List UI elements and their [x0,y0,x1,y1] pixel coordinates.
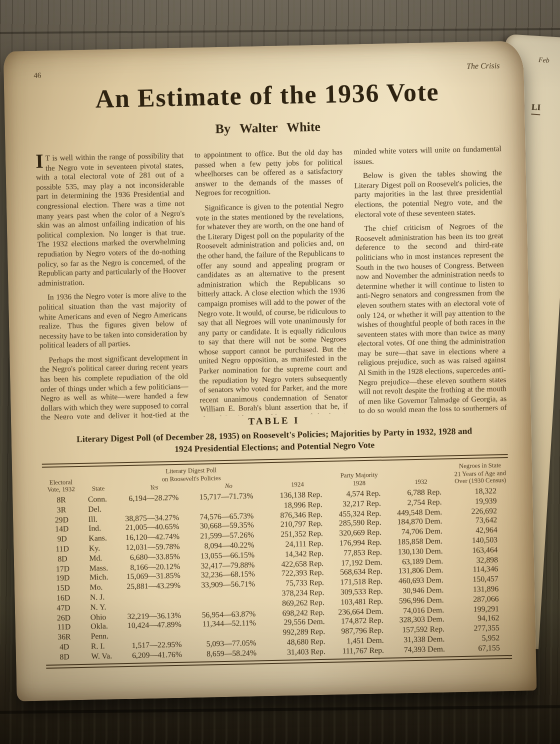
poll-table-body: 8RConn.6,194—28.27%15,717—71.73%136,138 … [43,486,512,662]
article-paragraph: minded white voters will unite on fundam… [353,144,501,166]
col-header-state: State [79,469,117,495]
facing-page-date: Feb [538,56,549,65]
article-byline: By Walter White [35,115,501,141]
article-column-3: minded white voters will unite on fundam… [353,144,507,413]
article-paragraph: Below is given the tables showing the Li… [354,168,503,219]
article-paragraph: Perhaps the most significant development… [40,353,190,420]
page-content: 46 The Crisis An Estimate of the 1936 Vo… [3,41,536,670]
table-cell: 8,659—58.24% [195,648,270,659]
poll-table: Electoral Vote, 1932 State Literary Dige… [42,461,512,662]
photo-scene: Feb LI 46 The Crisis An Estimate of the … [0,0,560,744]
table-cell: 67,155 [456,643,512,654]
publication-name: The Crisis [466,61,499,71]
table-cell: 74,393 Dem. [393,644,456,655]
table-section: TABLE I Literary Digest Poll (of Decembe… [41,412,512,669]
article-column-1: IT is well within the range of possibili… [35,151,189,420]
table-cell: W. Va. [83,651,120,662]
col-header-negroes-in-state: Negroes in State 21 Years of Age and Ove… [452,461,508,487]
article-paragraph: to appointment to office. But the old da… [194,147,343,198]
page-number: 46 [34,71,42,80]
article-title: An Estimate of the 1936 Vote [34,76,501,116]
table-cell: 6,209—41.76% [120,649,195,660]
col-header-electoral-vote: Electoral Vote, 1932 [42,470,80,496]
table-cell: 31,403 Rep. [269,647,332,658]
facing-page-headline: LI [531,102,541,116]
drop-cap: I [35,154,45,171]
article-paragraph: IT is well within the range of possibili… [35,151,186,288]
table-cell: 111,767 Rep. [332,645,393,656]
table-cell: 8D [46,652,83,663]
article-column-2: to appointment to office. But the old da… [194,147,348,416]
magazine-page: 46 The Crisis An Estimate of the 1936 Vo… [3,41,536,702]
wood-plank-seam [0,705,560,714]
article-paragraph: The chief criticism of Negroes of the Ro… [355,221,507,420]
article-columns: IT is well within the range of possibili… [35,144,506,420]
article-paragraph: Significance is given to the potential N… [195,200,348,419]
wood-plank-seam [0,28,560,34]
article-paragraph: In 1936 the Negro voter is more alive to… [38,290,187,351]
